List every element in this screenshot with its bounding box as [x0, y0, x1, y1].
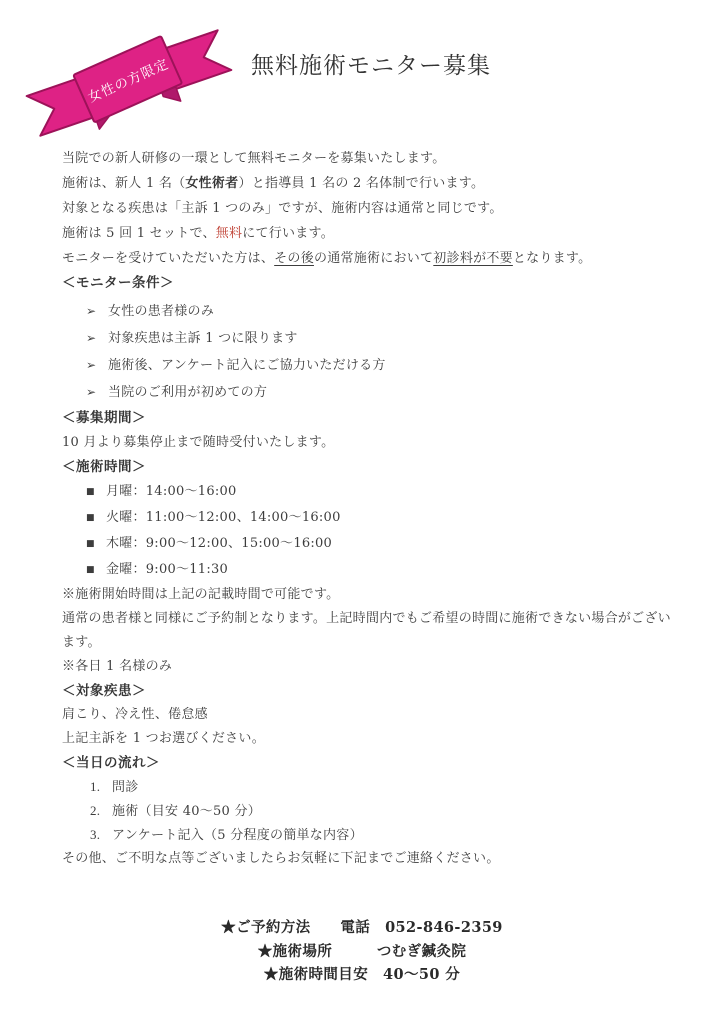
arrow-bullet-icon: ➢: [86, 298, 108, 325]
square-bullet-icon: ■: [86, 558, 106, 583]
list-item: ■月曜：14:00～16:00: [86, 479, 676, 505]
step-text: 問診: [112, 780, 139, 795]
monitor-conditions-list: ➢女性の患者様のみ ➢対象疾患は主訴 1 つに限ります ➢施術後、アンケート記入…: [62, 298, 676, 406]
heading-day-flow: ＜当日の流れ＞: [62, 751, 676, 775]
footer-reservation-line: ★ご予約方法 電話 052-846-2359: [0, 916, 724, 940]
recruitment-period-text: 10 月より募集停止まで随時受付いたします。: [62, 430, 676, 455]
treatment-hours-notes: ※施術開始時間は上記の記載時間で可能です。 通常の患者様と同様にご予約制となりま…: [62, 583, 676, 679]
list-item: 1.問診: [90, 775, 676, 799]
treatment-hours-list: ■月曜：14:00～16:00 ■火曜：11:00～12:00、14:00～16…: [62, 479, 676, 583]
note-one-person: ※各日 1 名様のみ: [62, 655, 676, 679]
list-item: ➢当院のご利用が初めての方: [86, 379, 676, 406]
list-item: ■金曜：9:00～11:30: [86, 557, 676, 583]
square-bullet-icon: ■: [86, 532, 106, 557]
step-text: 施術（目安 40～50 分）: [112, 804, 261, 819]
note-reservation: 通常の患者様と同様にご予約制となります。上記時間内でもご希望の時間に施術できない…: [62, 607, 676, 655]
heading-treatment-hours: ＜施術時間＞: [62, 455, 676, 479]
step-number: 3.: [90, 823, 112, 846]
intro-line-2: 施術は、新人 1 名（女性術者）と指導員 1 名の 2 名体制で行います。: [62, 171, 676, 196]
free-highlight-text: 無料: [216, 226, 243, 241]
intro-line-2-pre: 施術は、新人 1 名（: [62, 176, 185, 191]
condition-text: 施術後、アンケート記入にご協力いただける方: [108, 358, 386, 373]
target-conditions-block: 肩こり、冷え性、倦怠感 上記主訴を 1 つお選びください。: [62, 703, 676, 751]
intro-line-4-pre: 施術は 5 回 1 セットで、: [62, 226, 216, 241]
list-item: ■火曜：11:00～12:00、14:00～16:00: [86, 505, 676, 531]
arrow-bullet-icon: ➢: [86, 379, 108, 406]
step-number: 1.: [90, 775, 112, 798]
target-conditions-instruction: 上記主訴を 1 つお選びください。: [62, 727, 676, 751]
document-page: 女性の方限定 無料施術モニター募集 当院での新人研修の一環として無料モニターを募…: [0, 0, 724, 1024]
condition-text: 対象疾患は主訴 1 つに限ります: [108, 331, 298, 346]
underline-shoshinryo: 初診料が不要: [433, 251, 513, 266]
intro-line-2-bold: 女性術者: [185, 176, 238, 191]
intro-line-5-pre: モニターを受けていただいた方は、: [62, 251, 274, 266]
note-start-time: ※施術開始時間は上記の記載時間で可能です。: [62, 583, 676, 607]
hours-text: 月曜：14:00～16:00: [106, 484, 237, 499]
heading-recruitment-period: ＜募集期間＞: [62, 406, 676, 430]
intro-line-3: 対象となる疾患は「主訴 1 つのみ」ですが、施術内容は通常と同じです。: [62, 196, 676, 221]
intro-line-5-post: となります。: [513, 251, 592, 266]
intro-line-4: 施術は 5 回 1 セットで、無料にて行います。: [62, 221, 676, 246]
ribbon-banner-graphic: 女性の方限定: [24, 26, 239, 146]
arrow-bullet-icon: ➢: [86, 352, 108, 379]
heading-monitor-conditions: ＜モニター条件＞: [62, 271, 676, 295]
condition-text: 女性の患者様のみ: [108, 304, 214, 319]
list-item: 2.施術（目安 40～50 分）: [90, 799, 676, 823]
contact-footer: ★ご予約方法 電話 052-846-2359 ★施術場所 つむぎ鍼灸院 ★施術時…: [0, 916, 724, 987]
list-item: ➢対象疾患は主訴 1 つに限ります: [86, 325, 676, 352]
heading-target-conditions: ＜対象疾患＞: [62, 679, 676, 703]
underline-sonogo: その後: [274, 251, 314, 266]
page-title: 無料施術モニター募集: [251, 47, 491, 80]
footer-location-line: ★施術場所 つむぎ鍼灸院: [0, 940, 724, 964]
condition-text: 当院のご利用が初めての方: [108, 385, 267, 400]
arrow-bullet-icon: ➢: [86, 325, 108, 352]
intro-line-5: モニターを受けていただいた方は、その後の通常施術において初診料が不要となります。: [62, 246, 676, 271]
list-item: ➢施術後、アンケート記入にご協力いただける方: [86, 352, 676, 379]
step-number: 2.: [90, 799, 112, 822]
ribbon-banner: 女性の方限定: [24, 26, 239, 146]
intro-line-4-post: にて行います。: [242, 226, 334, 241]
intro-line-2-post: ）と指導員 1 名の 2 名体制で行います。: [238, 176, 484, 191]
list-item: 3.アンケート記入（5 分程度の簡単な内容）: [90, 823, 676, 847]
square-bullet-icon: ■: [86, 480, 106, 505]
list-item: ■木曜：9:00～12:00、15:00～16:00: [86, 531, 676, 557]
hours-text: 火曜：11:00～12:00、14:00～16:00: [106, 510, 341, 525]
hours-text: 金曜：9:00～11:30: [106, 562, 228, 577]
list-item: ➢女性の患者様のみ: [86, 298, 676, 325]
day-flow-list: 1.問診 2.施術（目安 40～50 分） 3.アンケート記入（5 分程度の簡単…: [62, 775, 676, 847]
step-text: アンケート記入（5 分程度の簡単な内容）: [112, 828, 363, 843]
hours-text: 木曜：9:00～12:00、15:00～16:00: [106, 536, 332, 551]
intro-line-1: 当院での新人研修の一環として無料モニターを募集いたします。: [62, 146, 676, 171]
footer-duration-line: ★施術時間目安 40～50 分: [0, 963, 724, 987]
intro-line-5-mid: の通常施術において: [314, 251, 433, 266]
square-bullet-icon: ■: [86, 506, 106, 531]
closing-remark: その他、ご不明な点等ございましたらお気軽に下記までご連絡ください。: [62, 847, 676, 871]
document-body: 当院での新人研修の一環として無料モニターを募集いたします。 施術は、新人 1 名…: [62, 146, 676, 871]
target-conditions-text: 肩こり、冷え性、倦怠感: [62, 703, 676, 727]
